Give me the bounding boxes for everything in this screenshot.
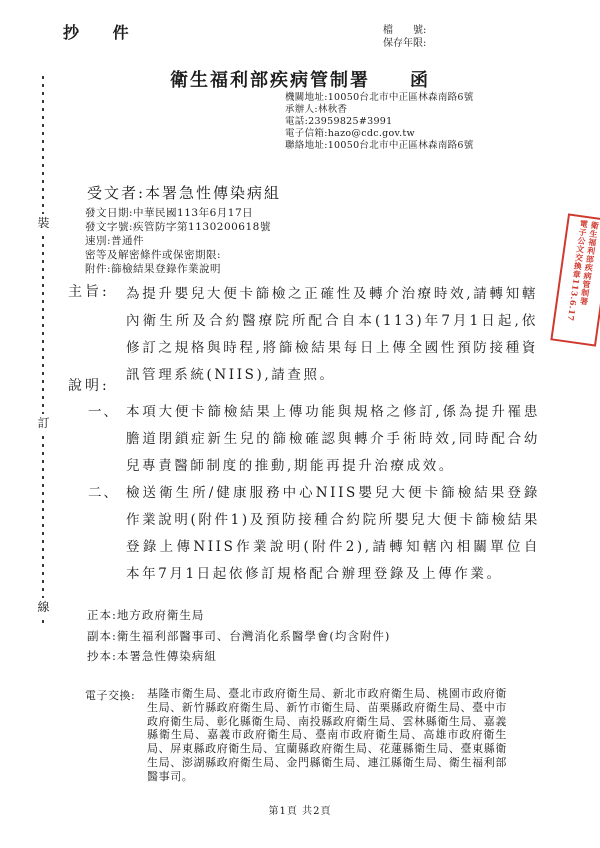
issue-date: 發文日期:中華民國113年6月17日 [85,206,271,220]
email: 電子信箱:hazo@cdc.gov.tw [285,128,474,140]
copy-label: 抄 件 [63,20,143,43]
agency-address: 機關地址:10050台北市中正區林森南路6號 [285,92,474,104]
document-title: 衛生福利部疾病管制署 函 [0,66,600,92]
item-number: 一、 [88,399,126,480]
exchange-recipient-list: 基隆市衛生局、臺北市政府衛生局、新北市政府衛生局、桃園市政府衛生局、新竹縣政府衛… [147,687,507,784]
retention-period-label: 保存年限: [383,38,426,51]
file-number-label: 檔 號: [383,25,426,38]
item-text: 本項大便卡篩檢結果上傳功能與規格之修訂,係為提升罹患膽道閉鎖症新生兒的篩檢確認與… [126,399,540,480]
binding-mark-zhuang: 裝 [36,214,51,232]
subject-label: 主旨: [68,281,126,389]
binding-dotted-line [42,76,44,624]
subject-text: 為提升嬰兒大便卡篩檢之正確性及轉介治療時效,請轉知轄內衛生所及合約醫療院所配合自… [126,281,538,389]
contact-person: 承辦人:林秋香 [285,104,474,116]
agency-contact-block: 機關地址:10050台北市中正區林森南路6號 承辦人:林秋香 電話:239598… [285,92,474,152]
mailing-address: 聯絡地址:10050台北市中正區林森南路6號 [285,140,474,152]
subject-section: 主旨: 為提升嬰兒大便卡篩檢之正確性及轉介治療時效,請轉知轄內衛生所及合約醫療院… [68,281,538,389]
attachment-note: 附件:篩檢結果登錄作業說明 [85,262,271,276]
document-meta-block: 發文日期:中華民國113年6月17日 發文字號:疾管防字第1130200618號… [85,206,271,276]
item-text: 檢送衛生所/健康服務中心NIIS嬰兒大便卡篩檢結果登錄作業說明(附件1)及預防接… [126,480,540,588]
binding-mark-ding: 訂 [36,414,51,432]
item-number: 二、 [88,480,126,588]
page-number-footer: 第1頁 共2頁 [0,802,600,817]
issue-number: 發文字號:疾管防字第1130200618號 [85,220,271,234]
description-item-1: 一、 本項大便卡篩檢結果上傳功能與規格之修訂,係為提升罹患膽道閉鎖症新生兒的篩檢… [88,399,540,480]
electronic-exchange-section: 電子交換: 基隆市衛生局、臺北市政府衛生局、新北市政府衛生局、桃園市政府衛生局、… [85,687,507,784]
transcript-recipients: 抄本:本署急性傳染病組 [87,646,390,667]
cc-recipients: 副本:衛生福利部醫事司、台灣消化系醫學會(均含附件) [87,626,390,647]
recipient-line: 受文者:本署急性傳染病組 [87,182,281,203]
description-items: 一、 本項大便卡篩檢結果上傳功能與規格之修訂,係為提升罹患膽道閉鎖症新生兒的篩檢… [88,399,540,588]
original-recipients: 正本:地方政府衛生局 [87,605,390,626]
binding-mark-xian: 線 [36,598,51,616]
description-item-2: 二、 檢送衛生所/健康服務中心NIIS嬰兒大便卡篩檢結果登錄作業說明(附件1)及… [88,480,540,588]
phone: 電話:23959825#3991 [285,116,474,128]
official-red-stamp: 電子公文交換章113.6.17 衛生福利部疾病管制署 [550,213,600,346]
exchange-label: 電子交換: [85,687,147,784]
security-class: 密等及解密條件或保密期限: [85,248,271,262]
description-label: 說明: [68,375,110,395]
file-number-block: 檔 號: 保存年限: [383,25,426,50]
speed-class: 速別:普通件 [85,234,271,248]
official-letter-page: 抄 件 檔 號: 保存年限: 衛生福利部疾病管制署 函 機關地址:10050台北… [0,0,600,848]
copies-block: 正本:地方政府衛生局 副本:衛生福利部醫事司、台灣消化系醫學會(均含附件) 抄本… [87,605,390,667]
